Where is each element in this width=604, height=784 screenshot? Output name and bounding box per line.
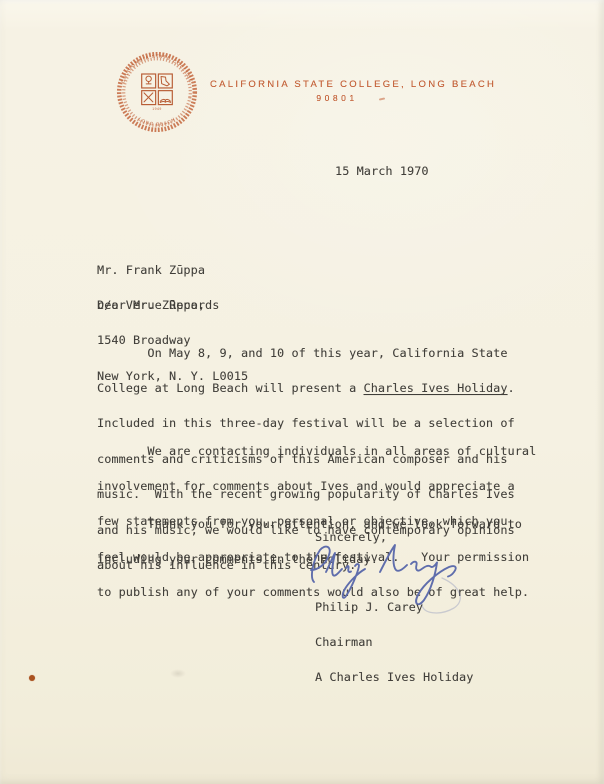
underlined-festival-name: Charles Ives Holiday (364, 381, 508, 395)
lamp-icon (146, 76, 151, 84)
ink-dot-artifact (29, 675, 35, 681)
typed-line: College at Long Beach will present a Cha… (97, 383, 515, 395)
signer-typed-name: Philip J. Carey (315, 602, 473, 614)
typed-line: Thank you for your attention, and we loo… (97, 519, 522, 531)
california-state-icon (161, 77, 169, 86)
signature-block: Philip J. Carey Chairman A Charles Ives … (315, 578, 473, 708)
letterhead-college-name: CALIFORNIA STATE COLLEGE, LONG BEACH (210, 79, 496, 90)
salutation: Dear Mr. Zūppa, (97, 300, 205, 312)
signer-title: Chairman (315, 637, 473, 649)
typed-line-segment: . (508, 381, 515, 395)
college-seal-icon: CALIFORNIA STATE COLLEGE LONG BEACH (112, 47, 202, 137)
typed-line-segment: College at Long Beach will present a (97, 381, 364, 395)
svg-text:CALIFORNIA STATE COLLEGE: CALIFORNIA STATE COLLEGE (120, 54, 193, 84)
typed-line: We are contacting individuals in all are… (97, 446, 536, 458)
seal-ring-text: CALIFORNIA STATE COLLEGE (120, 54, 193, 84)
paper-smudge-artifact (170, 669, 186, 678)
scanned-letter-page: CALIFORNIA STATE COLLEGE LONG BEACH (0, 0, 604, 784)
seal-founding-year: 1949 (152, 107, 161, 111)
signer-organization: A Charles Ives Holiday (315, 672, 473, 684)
open-book-icon (160, 99, 170, 102)
letter-date: 15 March 1970 (335, 166, 429, 178)
typed-line: involvement for comments about Ives and … (97, 481, 536, 493)
typed-line: On May 8, 9, and 10 of this year, Califo… (97, 348, 515, 360)
recipient-name: Mr. Frank Zūppa (97, 265, 248, 277)
crossed-tools-icon (144, 93, 153, 102)
seal-quadrant-grid (142, 74, 173, 105)
letterhead-zip-code: 90801 (210, 93, 464, 103)
